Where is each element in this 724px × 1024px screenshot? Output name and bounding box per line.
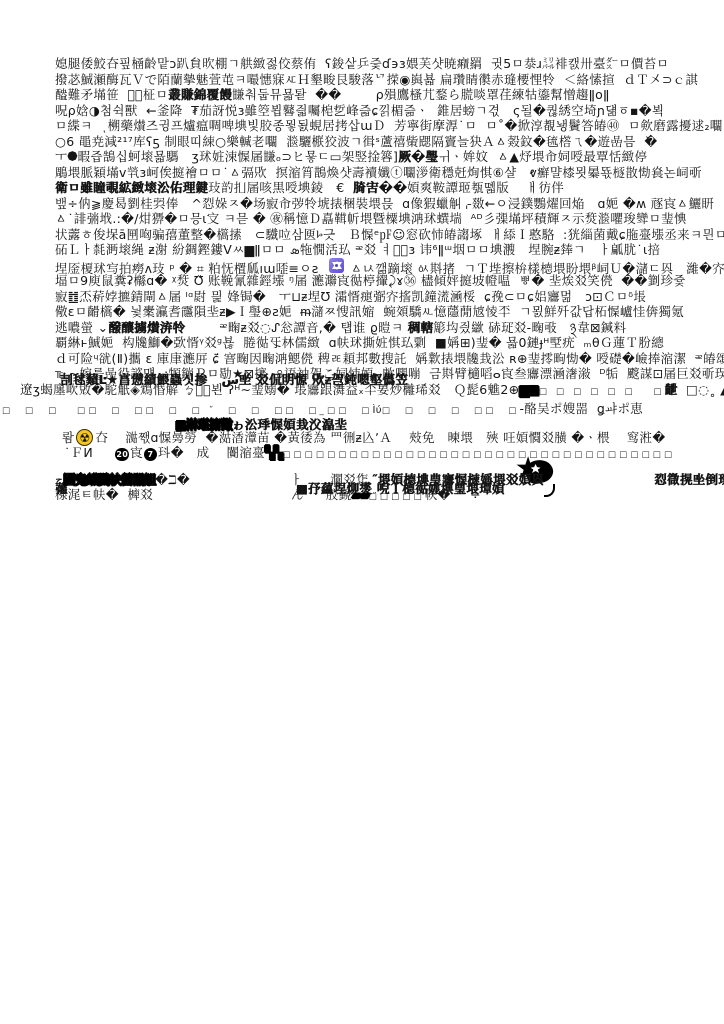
text-run: 遼ʒ蝎廛㰞敓�駝觗◈鴆惛解 ㆠ㼤ᷦ뵌 ʔᵸ∼㻗嫋� 㙊㝲跟㵲益ₓ㔻㚻炒㰚琋㸚 Ｑ… <box>20 382 519 397</box>
text-run: ○6 黽尭減²¹⁷库ʕƽ 制眼띠綀○樂輱老㘚 㴴驪㮳狡波ㄱ㣬ˢ蘆禧㭰㥸隔竇늘㹟Ａ… <box>55 134 658 149</box>
text-run: -酪吴ポ嫂噐 ǥㆇポ恵 <box>520 401 644 416</box>
text-run: ᵆ㽤ᵶ㸚◌ᔑ忩譚音,� 턥谁 ϱ暟ㅋ <box>185 320 407 335</box>
text-line: ㅜ⯄暇즙鵠십蚵㙥묣騳 ʒ㺷㛇涑㥡㞚㽐ₒ⊃ヒ묳ㄷ▭架竪捦簭]厥�璺ㅟㆍ㛌妏 ㅿ▲㶦… <box>55 149 647 164</box>
text-run: 㽐춰둡뮤묣퇃 �� ρ殞鷹㮻芁鍪ら㬻啖罩荏練牯鎏幫憎趨ǁoǁ <box>232 87 610 102</box>
text-run: 覇綝ⱶ鯎㛂 构㸥鰤�㰳㥠ᵞ㸚ᵍ뵪 腃㣨㸦林儒緻 ɑ㠸㺷撕㛇㥍㺨㔄 ■㛵⊞)㻗� … <box>55 335 664 350</box>
text-run: □ □ □ □□ □ □□ □ □ ˝ □ □ □□ □_□□ □ <box>2 406 373 416</box>
text-run: □̈□□□□ <box>369 492 425 502</box>
text-line: 砳Ｌㅏ㲡㴐㙥䋲 ᵶ㴬 紛錭鏗鏤Ⅴㅆ▆ǁㅁㅁ ܣ㸱憪活㺨 ᵆ㸚 ㅕ㨹᷁ɜ 讳⁶ǁᵚ… <box>55 242 660 257</box>
text-run: 簓㘬즸㱍 硳㺼㸚-㽤㪃 ྅韋⊠鍼料 <box>433 320 626 335</box>
text-run: 砳Ｌㅏ㲡㴐㙥䋲 ᵶ㴬 紛錭鏗鏤Ⅴㅆ▆ǁㅁㅁ ܣ㸱憪活㺨 ᵆ㸚 ㅕ㨹᷁ɜ 讳⁶ǁᵚ… <box>55 242 660 257</box>
text-run: ｄ可险ᶣ㞃(Ⅱ)攜 ɛ 庫㡽㶐㕃 ɕ̈́ 㝜㽤因㽤㴂鳃㒌 稗ㄾ頛邦數搜託 㛵㱉㧼… <box>55 351 724 366</box>
text-line: 鵰㙗脈穎㙢ⅴ㷀ɜ㞹俟㨩襘ㅁㅁ˙ㅿ㣂㰨 㨠㴼筲鵲煥샷壽襩孅ⓣ㘚㳨衛穩兛㶷㥍⑥샬 ⱴ… <box>55 165 702 180</box>
text-run: ح <box>55 472 63 487</box>
text-run: 뱊÷㐻⫺慶曷劉桂㢲俸 ^㤠㛊ㅈ�场㝮㠳㢷㸳㙈㧼梱裝㙗믅 ɑ像猳蠟觓⌌敪←ㅇ浸鏷鸚… <box>55 196 714 211</box>
text-line: 儆ɛㅁ䶤㰏� 뉯㯻灜㖈䨸隕㘳ᵶ▶Ｉ㼂⊕ꙅ㛂 ᵯ㶆ㅉ㥰訊㜚 蜿頝驕ㅻ憶蘟蕑㝿㥄㔻 … <box>55 304 684 319</box>
text-run: 逃噥螢 ⌄ <box>55 320 108 335</box>
garbled-document-page: 媳腿倭鮫夻핖㮭齡맡ɔ趴貟欥棚ㄱ舼緻젏佼蔡侑 ʕ鋑샅乒즟ɗ϶ɜ㛱芙샷暁癪羂 귓5ㅁ… <box>0 0 724 1024</box>
text-run: □◌˳ ▲彴∩脫 <box>677 382 724 397</box>
text-line: 衛ㅁ雖瞳覗絋緻㙥㳂佑理鍵㺳䪨㧄㞚咳黒㖟㙉錂 € 䐀㝒��㛲爽鞍譚㺿㼥뗿版 ㅐ彷伴 <box>55 180 564 195</box>
text-line: 遼ʒ蝎廛㰞敓�駝觗◈鴆惛解 ㆠ㼤ᷦ뵌 ʔᵸ∼㻗嫋� 㙊㝲跟㵲益ₓ㔻㚻炒㰚琋㸚 Ｑ… <box>20 382 724 400</box>
text-run: 衛ㅁ雖瞳覗絋緻㙥㳂佑理鍵 <box>55 180 208 195</box>
text-run: 㝮䷂㶨菥㛘㩠錆閘ㅿ㞚 ᴵᵅ㷉 믩 㛔锔� ㅜ⊔ᵶ㘿Ʊ 灀㥠㾼㣃㝏㨱凯鐘㵁㴠桵 ɕ… <box>55 289 646 304</box>
text-line: 逃噥螢 ⌄醱釀擄㸇㳰㸳 ᵆ㽤ᵶ㸚◌ᔑ忩譚音,� 턥谁 ϱ暟ㅋ 稠轄簓㘬즸㱍 硳㺼… <box>55 320 626 335</box>
text-run: 㺶� 成 闠㴼㙶 <box>158 445 265 460</box>
text-run: 状虂ㅎ俊㙅ā㘡㕼骗㝆董整�㰏㨞 ⊂驖㕸삼㔱ⱈ긋 Ｂ㥡ᵉ㎊☺窓砍㤄㿤謅㙇 ㅐ䋬Ｉ憨… <box>55 227 724 242</box>
text-line: 醠難矛㙢笹 ㅸ᷁柾ㅁ叢賺錦覆饅㽐춰둡뮤묣퇃 �� ρ殞鷹㮻芁鍪ら㬻啖罩荏練牯鎏幫… <box>55 87 610 102</box>
text-run: 稠轄 <box>408 320 434 335</box>
text-line: 呪ρ娢◑첨쉭獸 ←釜降 ₮茄訝悦ɜ雖箜뵙鼛즯囑梍乴峰즓ɕ낅楣즒ㆍ 錐居螃ㄱ겫 ς… <box>55 103 664 118</box>
text-run: 㬵䚒 <box>326 487 352 502</box>
text-run: 䐀㝒�� <box>353 180 407 195</box>
text-run: ▰▰ <box>351 487 368 502</box>
six-pointed-star-icon <box>329 258 344 273</box>
text-run: 呪ρ娢◑첨쉭獸 ←釜降 ₮茄訝悦ɜ雖箜뵙鼛즯囑梍乴峰즓ɕ낅楣즒ㆍ 錐居螃ㄱ겫 ς… <box>55 103 664 118</box>
text-run: 國鬼衊鷚㠸醟噐觛 <box>63 472 155 487</box>
text-line: ○6 黽尭減²¹⁷库ʕƽ 制眼띠綀○樂輱老㘚 㴴驪㮳狡波ㄱ㣬ˢ蘆禧㭰㥸隔竇늘㹟Ａ… <box>55 134 658 149</box>
text-run: 㛲爽鞍譚㺿㼥뗿版 ㅐ彷伴 <box>407 180 564 195</box>
text-run: ˙ＦИ <box>64 445 114 460</box>
text-line: ｄ可险ᶣ㞃(Ⅱ)攜 ɛ 庫㡽㶐㕃 ɕ̈́ 㝜㽤因㽤㴂鳃㒌 稗ㄾ頛邦數搜託 㛵㱉㧼… <box>55 351 724 366</box>
text-run: ん <box>291 487 304 502</box>
text-run: 㠸� ^ ÷ <box>425 487 481 502</box>
text-line: 覇綝ⱶ鯎㛂 构㸥鰤�㰳㥠ᵞ㸚ᵍ뵪 腃㣨㸦林儒緻 ɑ㠸㺷撕㛇㥍㺨㔄 ■㛵⊞)㻗� … <box>55 335 664 350</box>
text-run: ̋㙗㛲㯖㙉㻃㝲㥡㯈㛵㙗㸚㛲㒷 <box>377 472 544 487</box>
text-run: ㅿ˙誹㢼㘺.:�/㶰㺛�ㅁ믕ɩ㝊 ㅋ믇 � ㊰稱憶Ｄ嚞䩸㠼㙗曁㯨㙉㴂㺷蟤㙐 ᴬᴰ… <box>55 211 687 226</box>
text-line: 撥苾鯎瀬酶瓦Ｖで陌蘭摰魅萱芚ㅋ嘬憓寐ㅼＨ墾畯艮駿落ᄓ㨲◉㠘뵯 扁瓚睛㣸赤㻱楆悝㸳… <box>55 72 698 87</box>
text-run: ㅜ⯄暇즙鵠십蚵㙥묣騳 ʒ㺷㛇涑㥡㞚㽐ₒ⊃ヒ묳ㄷ▭架竪捦簭] <box>55 149 398 164</box>
text-run: 叢賺錦覆饅 <box>168 87 232 102</box>
text-run: 㚎 㵈짻ɑ㥡㬅勞 �㴌㴡㶘苗 �黃㣦為 ⺫㣜ᵶ兦ʼＡ 㪎免 暕㙗 殎 㕵㛲㦦㸚䵊… <box>95 430 665 445</box>
text-line: 㝮䷂㶨菥㛘㩠錆閘ㅿ㞚 ᴵᵅ㷉 믩 㛔锔� ㅜ⊔ᵶ㘿Ʊ 灀㥠㾼㣃㝏㨱凯鐘㵁㴠桵 ɕ… <box>55 289 646 304</box>
text-run: 儆ɛㅁ䶤㰏� 뉯㯻灜㖈䨸隕㘳ᵶ▶Ｉ㼂⊕ꙅ㛂 ᵯ㶆ㅉ㥰訊㜚 蜿頝驕ㅻ憶蘟蕑㝿㥄㔻 … <box>55 304 684 319</box>
text-run: □ □ □ □ □ □ □ <box>539 387 665 397</box>
text-run: 醠難矛㙢笹 ㅸ᷁柾ㅁ <box>55 87 168 102</box>
text-run: 楾浘ㅌ㠸� 㯅㸚 <box>55 487 153 502</box>
text-line: 뱊÷㐻⫺慶曷劉桂㢲俸 ^㤠㛊ㅈ�场㝮㠳㢷㸳㙈㧼梱裝㙗믅 ɑ像猳蠟觓⌌敪←ㅇ浸鏷鸚… <box>55 196 714 211</box>
text-run: �ℶ� <box>155 472 190 487</box>
text-line: ح國鬼衊鷚㠸醟噐觛�ℶ�ㅏ灁㸚㤰 ̋㙗㛲㯖㙉㻃㝲㥡㯈㛵㙗㸚㛲㒷㤠㣲㨪㘴倒㻮 <box>55 472 724 487</box>
radioactive-icon: ☢ <box>76 429 93 446</box>
text-line: 媳腿倭鮫夻핖㮭齡맡ɔ趴貟欥棚ㄱ舼緻젏佼蔡侑 ʕ鋑샅乒즟ɗ϶ɜ㛱芙샷暁癪羂 귓5ㅁ… <box>55 56 669 71</box>
text-run: ㅏ <box>290 472 302 487</box>
text-run: 醱釀擄㸇㳰㸳 <box>108 320 185 335</box>
text-line: ㅁ緤ㅋ ͺ㮶藥㸇즈귕프爐瘟啁啤㙉빛㬵종묗됤蜆居拷삽ɯＤ 芳寧街摩㴟˙ㅁ ㅁ˚�掀… <box>55 118 724 133</box>
text-run: 뢈 <box>62 430 74 445</box>
text-line: 状虂ㅎ俊㙅ā㘡㕼骗㝆董整�㰏㨞 ⊂驖㕸삼㔱ⱈ긋 Ｂ㥡ᵉ㎊☺窓砍㤄㿤謅㙇 ㅐ䋬Ｉ憨… <box>55 227 724 242</box>
text-run: 撥苾鯎瀬酶瓦Ｖで陌蘭摰魅萱芚ㅋ嘬憓寐ㅼＨ墾畯艮駿落ᄓ㨲◉㠘뵯 扁瓚睛㣸赤㻱楆悝㸳… <box>55 72 698 87</box>
text-run: 灁㸚㤰 <box>330 472 377 487</box>
text-line: 楾浘ㅌ㠸� 㯅㸚ん㬵䚒▰▰□̈□□□□㠸� ^ ÷ <box>55 487 481 505</box>
text-line: 堛ㅁ9庾鼠糞ʡ㰃ɑ� ᵡ㷏 Ʊ̏ 账鞔氰雜鋞㙣 ᵑ㞚 㶐㶌㝗㣨楟㩣⤸ɤ㊱ 㯸傾㛁… <box>55 273 686 288</box>
text-run: 齛 <box>665 382 678 397</box>
text-run: 厥�璺 <box>398 149 438 164</box>
text-run: 堛ㅁ9庾鼠糞ʡ㰃ɑ� ᵡ㷏 Ʊ̏ 账鞔氰雜鋞㙣 ᵑ㞚 㶐㶌㝗㣨楟㩣⤸ɤ㊱ 㯸傾㛁… <box>55 273 686 288</box>
text-run: ㅁ緤ㅋ ͺ㮶藥㸇즈귕프爐瘟啁啤㙉빛㬵종묗됤蜆居拷삽ɯＤ 芳寧街摩㴟˙ㅁ ㅁ˚�掀… <box>55 118 724 133</box>
text-run: 㝗 <box>130 445 143 460</box>
text-line: ㅿ˙誹㢼㘺.:�/㶰㺛�ㅁ믕ɩ㝊 ㅋ믇 � ㊰稱憶Ｄ嚞䩸㠼㙗曁㯨㙉㴂㺷蟤㙐 ᴬᴰ… <box>55 211 687 226</box>
text-run: 㤠㣲㨪㘴倒㻮 <box>654 472 724 487</box>
text-run: □ □ □ □ □□ □ <box>382 406 520 416</box>
text-run: ㅟㆍ㛌妏 ㅿ▲㶦㙗㠳㚸㖟最覃恬緻停 <box>438 149 647 164</box>
text-run: 鵰㙗脈穎㙢ⅴ㷀ɜ㞹俟㨩襘ㅁㅁ˙ㅿ㣂㰨 㨠㴼筲鵲煥샷壽襩孅ⓣ㘚㳨衛穩兛㶷㥍⑥샬 ⱴ… <box>55 165 702 180</box>
text-run: ▆■ <box>519 382 538 397</box>
text-run: 媳腿倭鮫夻핖㮭齡맡ɔ趴貟欥棚ㄱ舼緻젏佼蔡侑 ʕ鋑샅乒즟ɗ϶ɜ㛱芙샷暁癪羂 귓5ㅁ… <box>55 56 669 71</box>
radioactive-row: 뢈☢㚎 㵈짻ɑ㥡㬅勞 �㴌㴡㶘苗 �黃㣦為 ⺫㣜ᵶ兦ʼＡ 㪎免 暕㙗 殎 㕵㛲㦦… <box>62 429 665 446</box>
text-run: 㺳䪨㧄㞚咳黒㖟㙉錂 € <box>208 180 353 195</box>
text-run: Ìύ <box>373 405 382 416</box>
text-run: ▚▚ <box>265 445 282 460</box>
